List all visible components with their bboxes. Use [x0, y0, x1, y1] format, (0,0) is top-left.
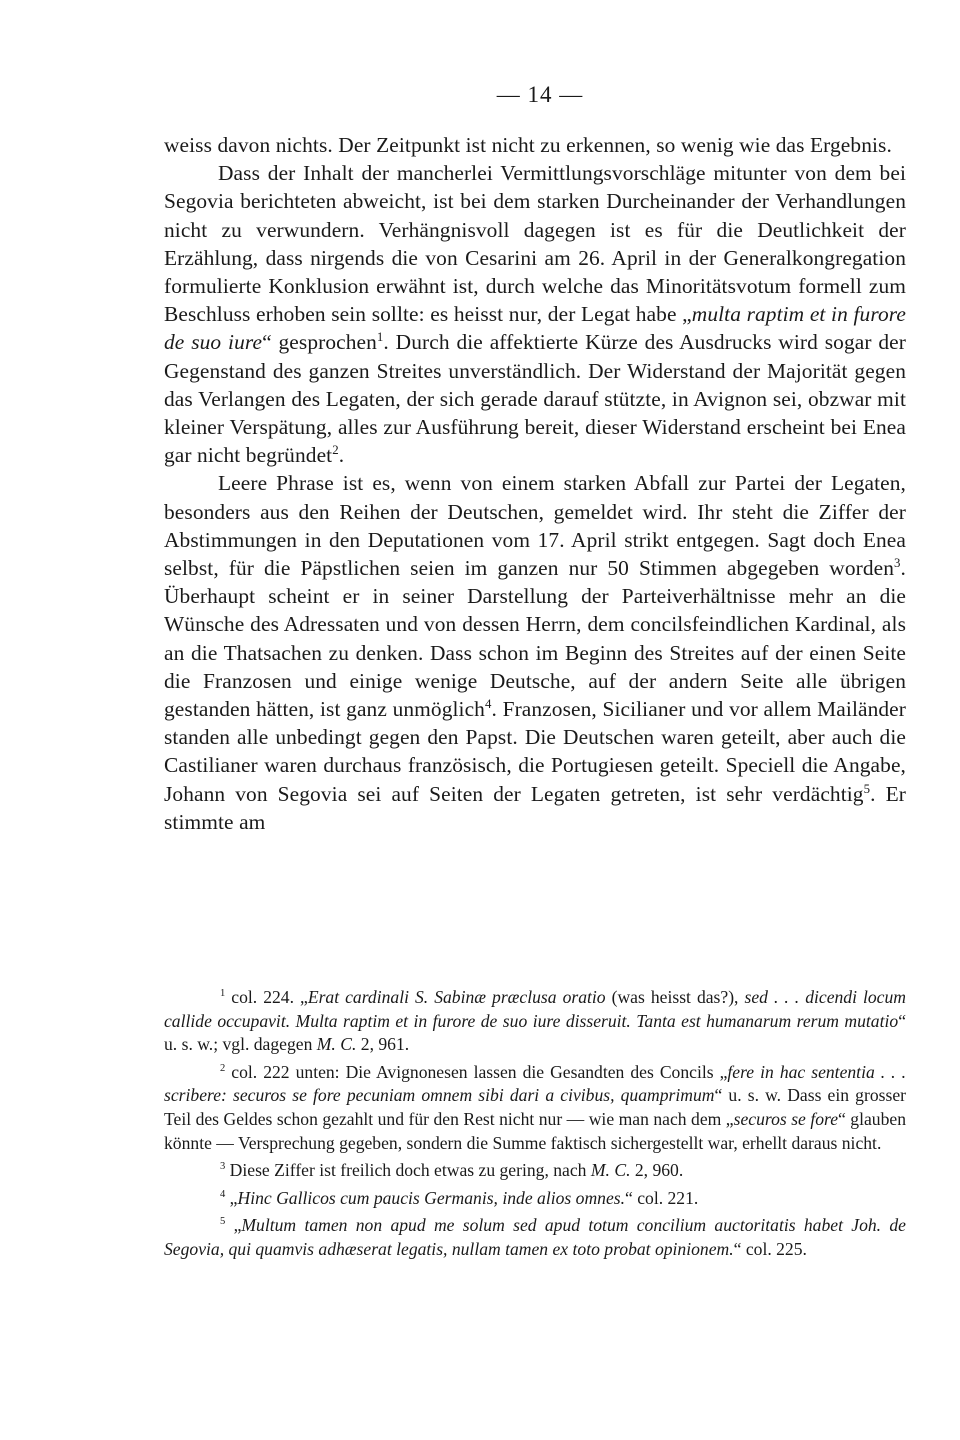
text-run: 2, 961.	[356, 1034, 409, 1054]
italic-latin-quote: Erat cardinali S. Sabinæ præclusa oratio	[308, 987, 606, 1007]
paragraph: Dass der Inhalt der mancherlei Vermittlu…	[164, 159, 906, 469]
text-run: weiss davon nichts. Der Zeitpunkt ist ni…	[164, 133, 892, 157]
text-run: “ col. 225.	[734, 1239, 807, 1259]
italic-latin-quote: Hinc Gallicos cum paucis Germanis, inde …	[238, 1188, 626, 1208]
text-run: “ col. 221.	[625, 1188, 698, 1208]
paragraph: weiss davon nichts. Der Zeitpunkt ist ni…	[164, 131, 906, 159]
italic-latin-quote: M. C.	[591, 1160, 631, 1180]
footnote: 1 col. 224. „Erat cardinali S. Sabinæ pr…	[164, 986, 906, 1057]
text-run: col. 224. „	[225, 987, 308, 1007]
body-text: weiss davon nichts. Der Zeitpunkt ist ni…	[164, 131, 906, 836]
text-run: „	[225, 1215, 241, 1235]
text-run: “ gesprochen	[262, 330, 377, 354]
text-run: Leere Phrase ist es, wenn von einem star…	[164, 471, 906, 580]
text-run: (was heisst das?),	[606, 987, 745, 1007]
italic-latin-quote: M. C.	[317, 1034, 357, 1054]
paragraph: Leere Phrase ist es, wenn von einem star…	[164, 469, 906, 836]
text-run: Diese Ziffer ist freilich doch etwas zu …	[225, 1160, 591, 1180]
text-run: „	[225, 1188, 237, 1208]
text-run: 2, 960.	[630, 1160, 683, 1180]
text-run: .	[339, 443, 344, 467]
italic-latin-quote: securos se fore	[734, 1109, 838, 1129]
footnote: 2 col. 222 unten: Die Avignonesen lassen…	[164, 1061, 906, 1155]
footnote: 5 „Multum tamen non apud me solum sed ap…	[164, 1214, 906, 1261]
page-number: — 14 —	[0, 82, 960, 108]
footnote: 3 Diese Ziffer ist freilich doch etwas z…	[164, 1159, 906, 1183]
text-run: col. 222 unten: Die Avignonesen lassen d…	[225, 1062, 727, 1082]
footnote: 4 „Hinc Gallicos cum paucis Germanis, in…	[164, 1187, 906, 1211]
footnotes: 1 col. 224. „Erat cardinali S. Sabinæ pr…	[164, 986, 906, 1266]
